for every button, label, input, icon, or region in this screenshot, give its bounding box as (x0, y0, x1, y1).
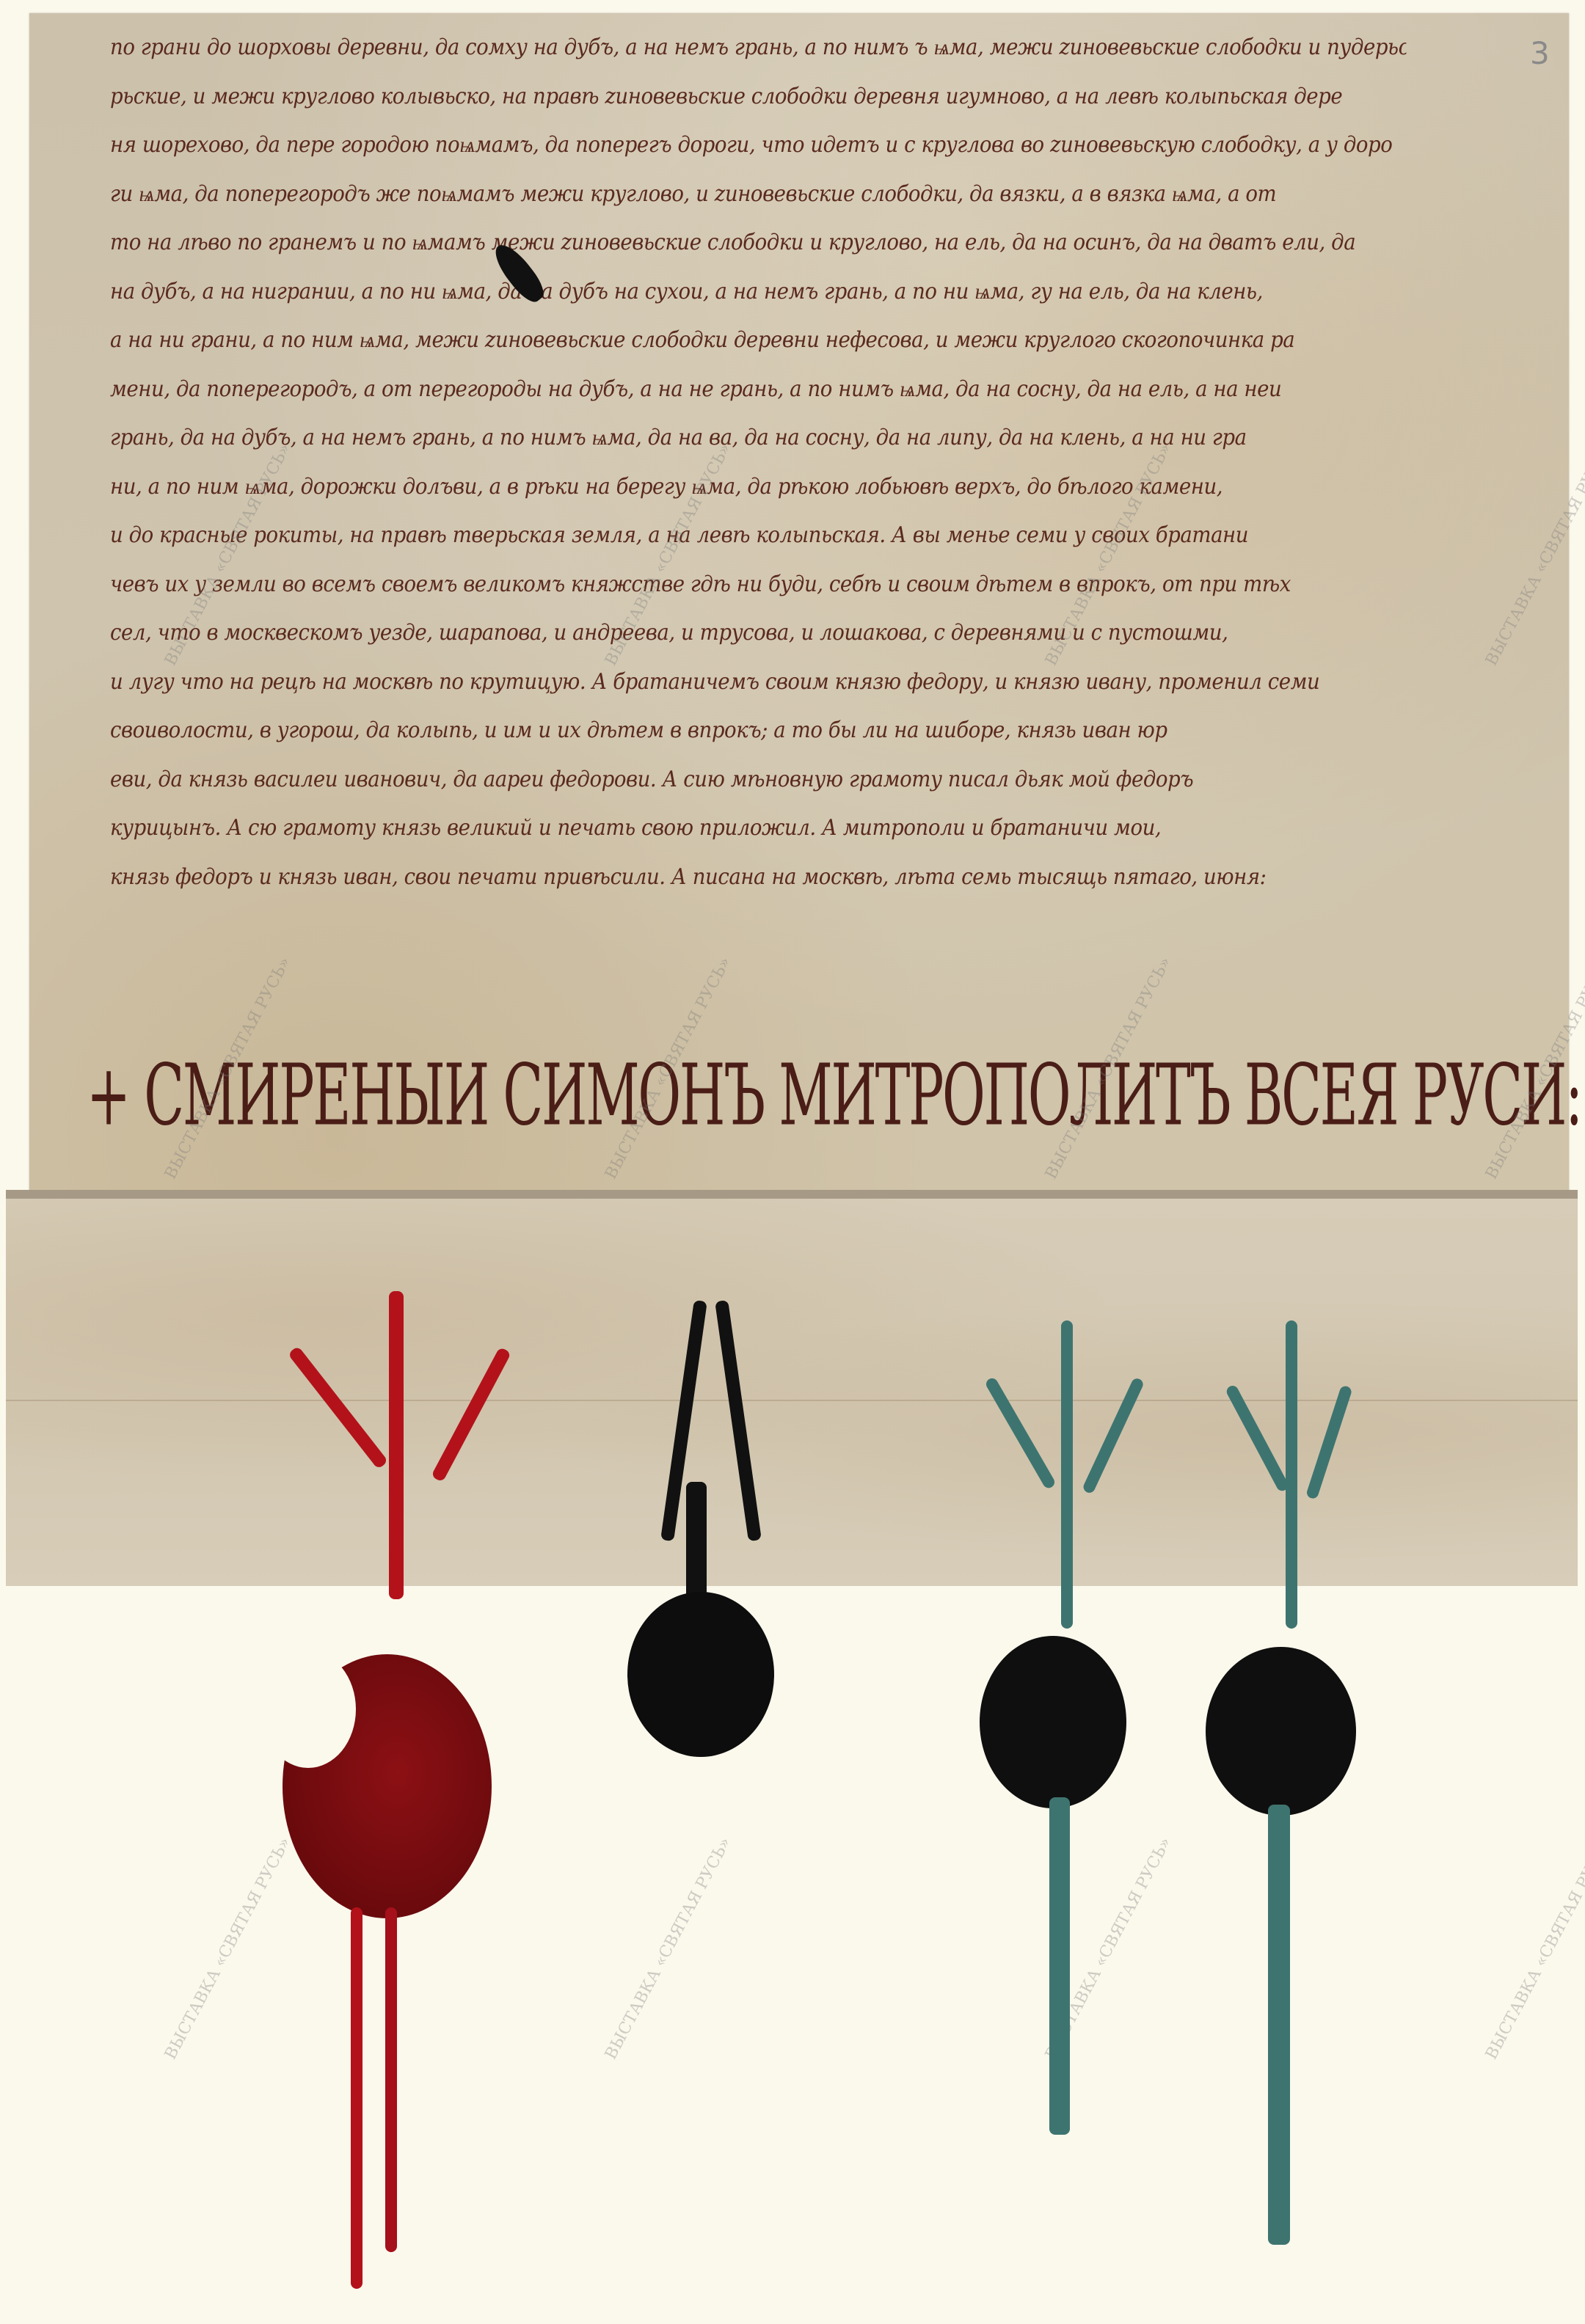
black-seal-disc (980, 1636, 1126, 1808)
red-cord-tail (385, 1907, 397, 2252)
text-line: курицынъ. А сю грамоту князь великий и п… (110, 804, 1406, 853)
text-line: ги ѩма, да поперегородъ же поѩмамъ межи … (110, 170, 1406, 219)
green-cord (1286, 1320, 1297, 1629)
text-line: по грани до шорховы деревни, да сомху на… (110, 23, 1406, 73)
text-line: рьские, и межи кругловo колывьско, на пр… (110, 73, 1406, 122)
black-seal-disc (1206, 1647, 1356, 1816)
green-cord (1061, 1320, 1073, 1629)
watermark: ВЫСТАВКА «СВЯТАЯ РУСЬ» (161, 1835, 294, 2063)
text-line: мени, да поперегородъ, а от перегороды н… (110, 365, 1406, 414)
text-line: сел, что в москвескомъ уезде, шарапова, … (110, 609, 1406, 658)
metropolitan-signature: + СМИРЕНЫИ СИМОНЪ МИТРОПОЛИТЪ ВСЕЯ РУСИ:… (87, 1045, 1585, 1147)
text-line: чевъ их у земли во всемъ своемъ великомъ… (110, 560, 1406, 610)
red-cord-tail (351, 1907, 362, 2289)
green-cord-tail (1268, 1805, 1290, 2245)
watermark: ВЫСТАВКА «СВЯТАЯ РУСЬ» (602, 1835, 735, 2063)
text-line: и лугу что на рецѣ на москвѣ по крутицую… (110, 658, 1406, 707)
black-seal-disc (627, 1592, 774, 1757)
charter-text: по грани до шорховы деревни, да сомху на… (110, 23, 1519, 902)
text-line: грань, да на дубъ, а на немъ грань, а по… (110, 414, 1406, 463)
text-line: то на лѣво по гранемъ и по ѩмамъ межи zи… (110, 219, 1406, 268)
text-line: и до красные рокиты, на правѣ тверьская … (110, 511, 1406, 560)
page-number: 3 (1530, 35, 1550, 71)
watermark: ВЫСТАВКА «СВЯТАЯ РУСЬ» (1482, 1835, 1585, 2063)
green-cord-tail (1049, 1797, 1070, 2135)
text-line: своиволости, в угорош, да колыпь, и им и… (110, 706, 1406, 756)
red-cord (389, 1291, 404, 1599)
text-line: на дубъ, а на нигрании, а по ни ѩма, да … (110, 268, 1406, 317)
text-line: князь федоръ и князь иван, свои печати п… (110, 853, 1406, 902)
text-line: ня шорехово, да пере городою поѩмамъ, да… (110, 121, 1406, 170)
text-line: еви, да князь василеи иванович, да аареи… (110, 756, 1406, 805)
seal-broken-chip (260, 1651, 356, 1768)
text-line: ни, а по ним ѩма, дорожки долъви, а в рѣ… (110, 463, 1406, 512)
text-line: а на ни грани, а по ним ѩма, межи zинове… (110, 316, 1406, 365)
